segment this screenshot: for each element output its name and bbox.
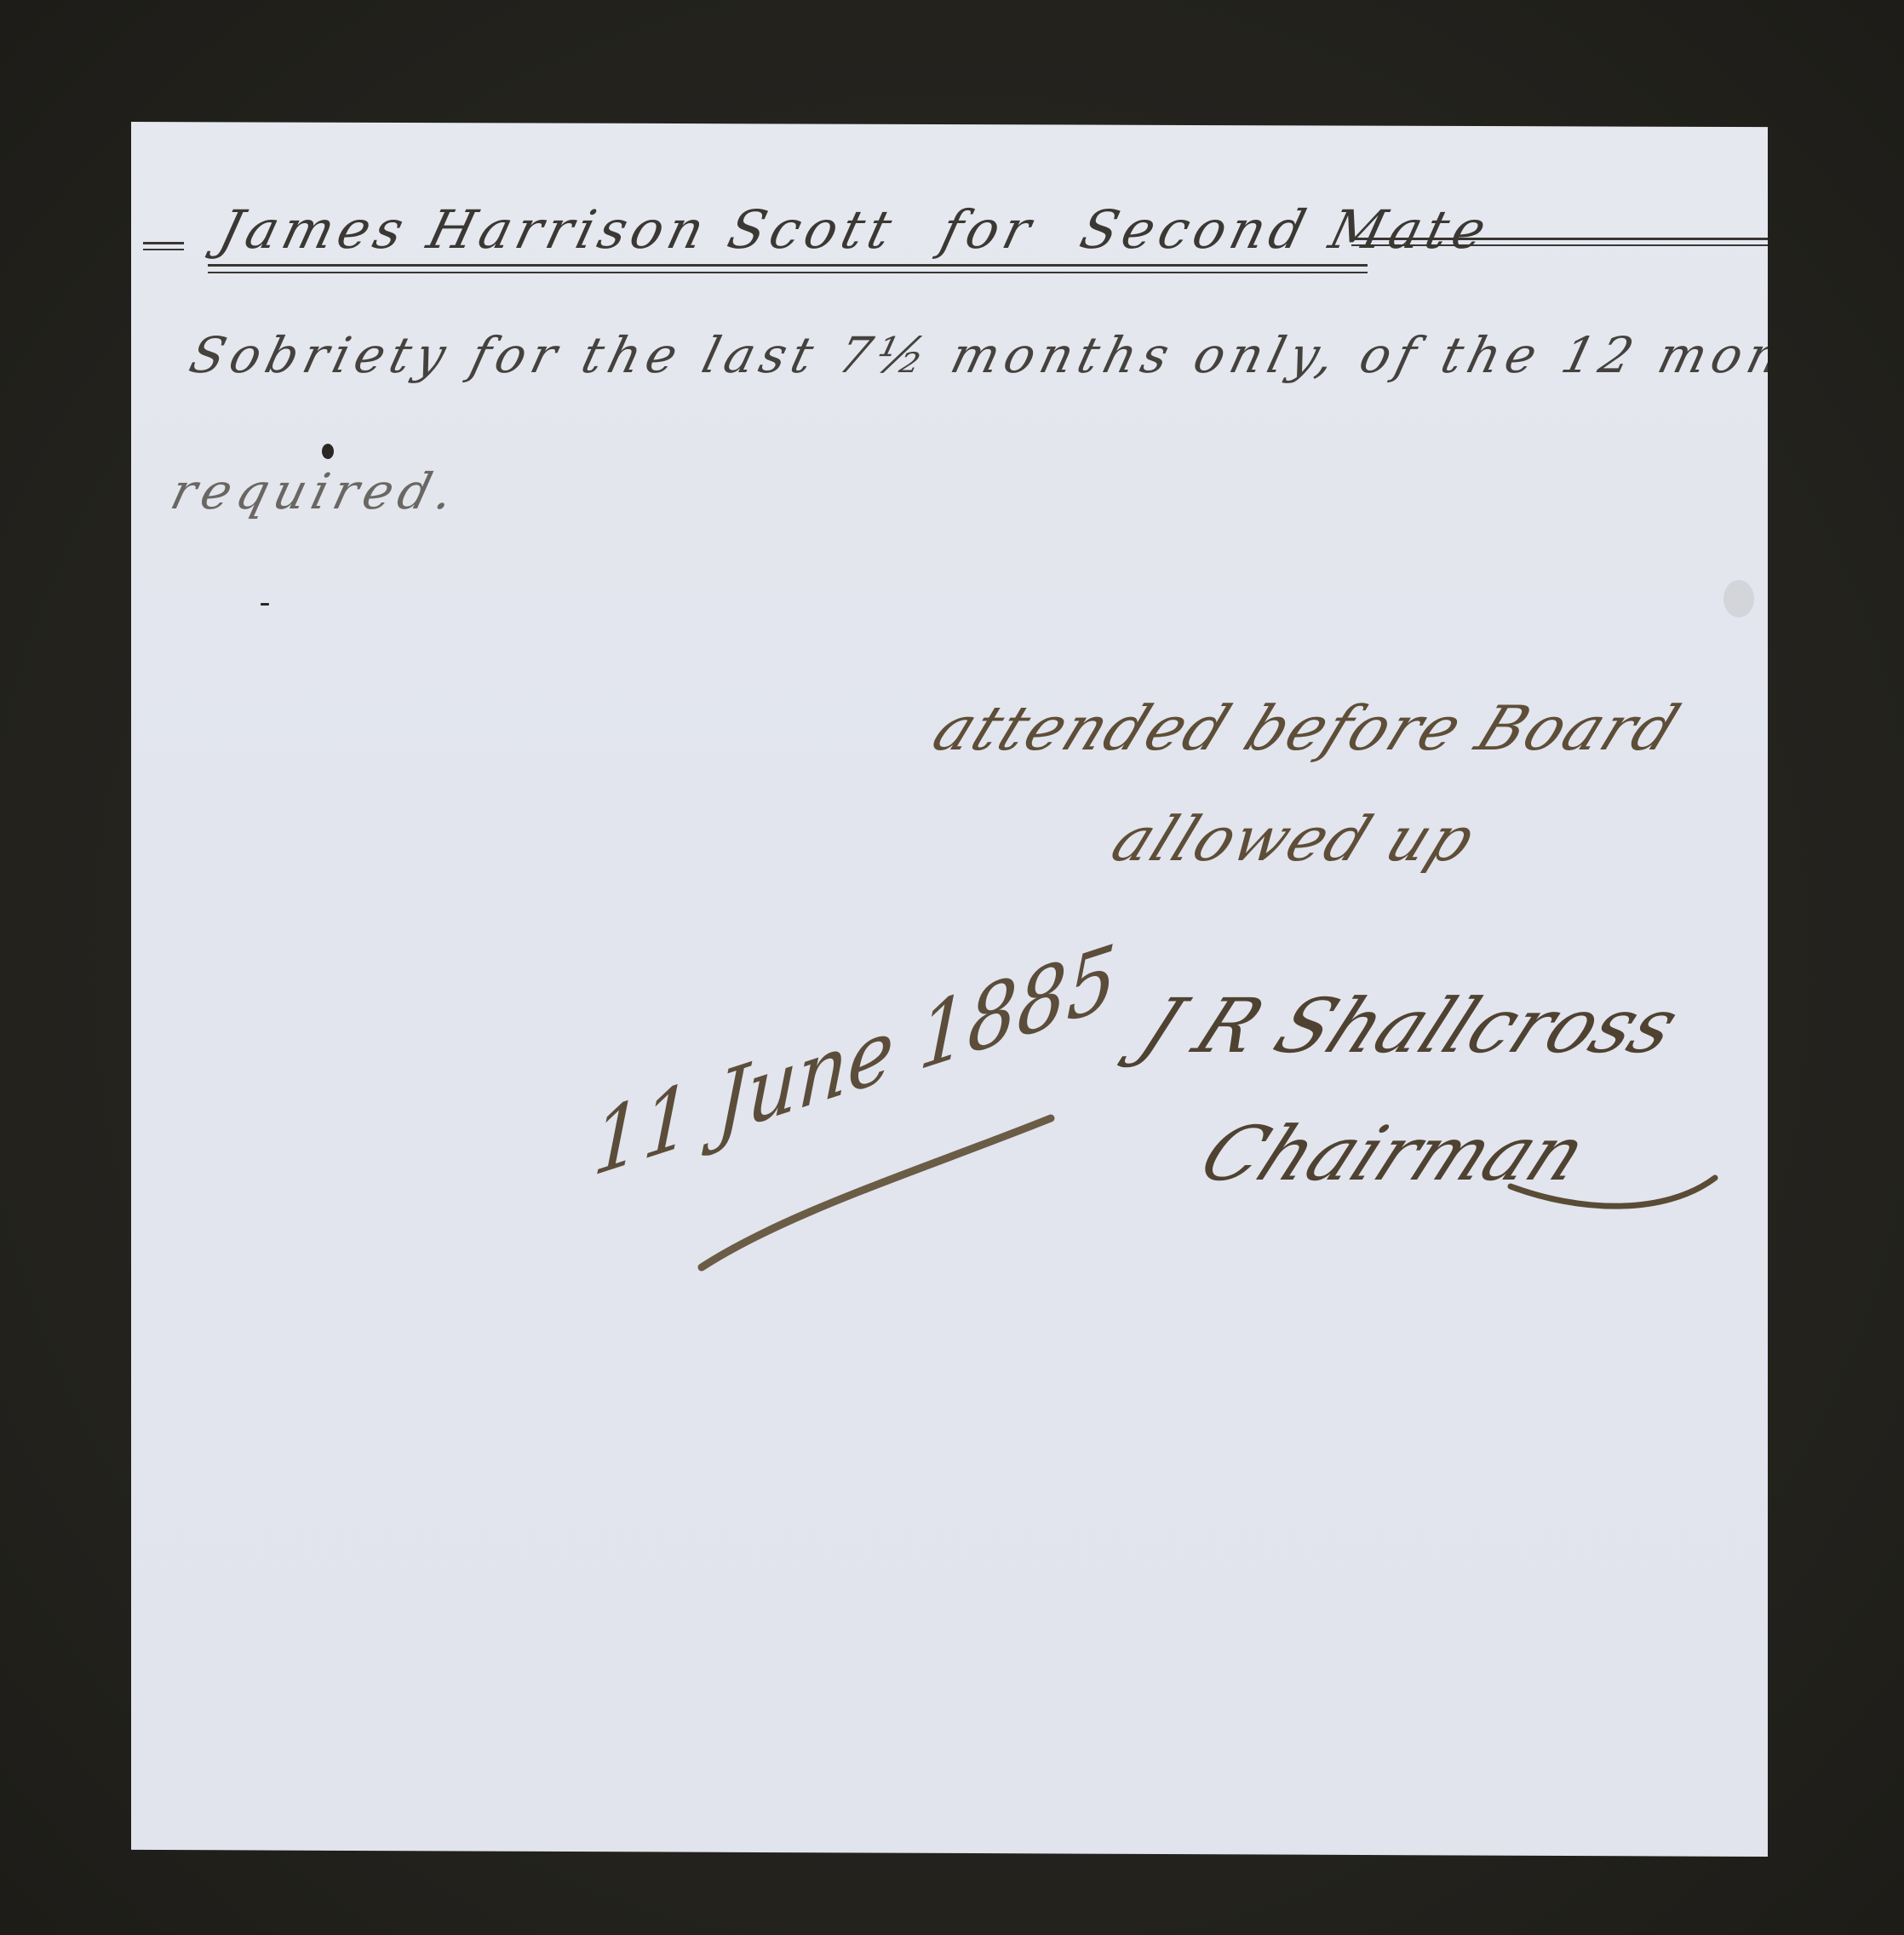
- header-left-dash: [143, 242, 184, 244]
- candidate-name: James Harrison Scott: [213, 198, 903, 261]
- ink-blot: [322, 444, 334, 459]
- remark-line-2: required.: [165, 462, 466, 520]
- annotation-line-1: attended before Board: [923, 692, 1691, 764]
- annotation-line-2: allowed up: [1102, 803, 1487, 875]
- signature-flourish: [1494, 1059, 1749, 1229]
- signature-name: J R Shallcross: [1127, 982, 1693, 1070]
- ink-speck: [261, 603, 269, 606]
- header-title: James Harrison Scott for Second Mate: [213, 198, 1497, 261]
- header-right-rule-bottom: [1351, 244, 1786, 246]
- header-underline-top: [208, 264, 1368, 267]
- header-left-dash-2: [143, 249, 184, 250]
- for-text: for: [935, 198, 1042, 261]
- rank: Second Mate: [1074, 198, 1497, 261]
- header-right-rule-top: [1351, 238, 1786, 240]
- document-paper: James Harrison Scott for Second Mate Sob…: [131, 122, 1768, 1857]
- smudge-mark: [1723, 580, 1754, 617]
- header-underline-bottom: [208, 272, 1368, 273]
- date-underline-flourish: [685, 1042, 1068, 1280]
- remark-line-1: Sobriety for the last 7½ months only, of…: [184, 326, 1888, 384]
